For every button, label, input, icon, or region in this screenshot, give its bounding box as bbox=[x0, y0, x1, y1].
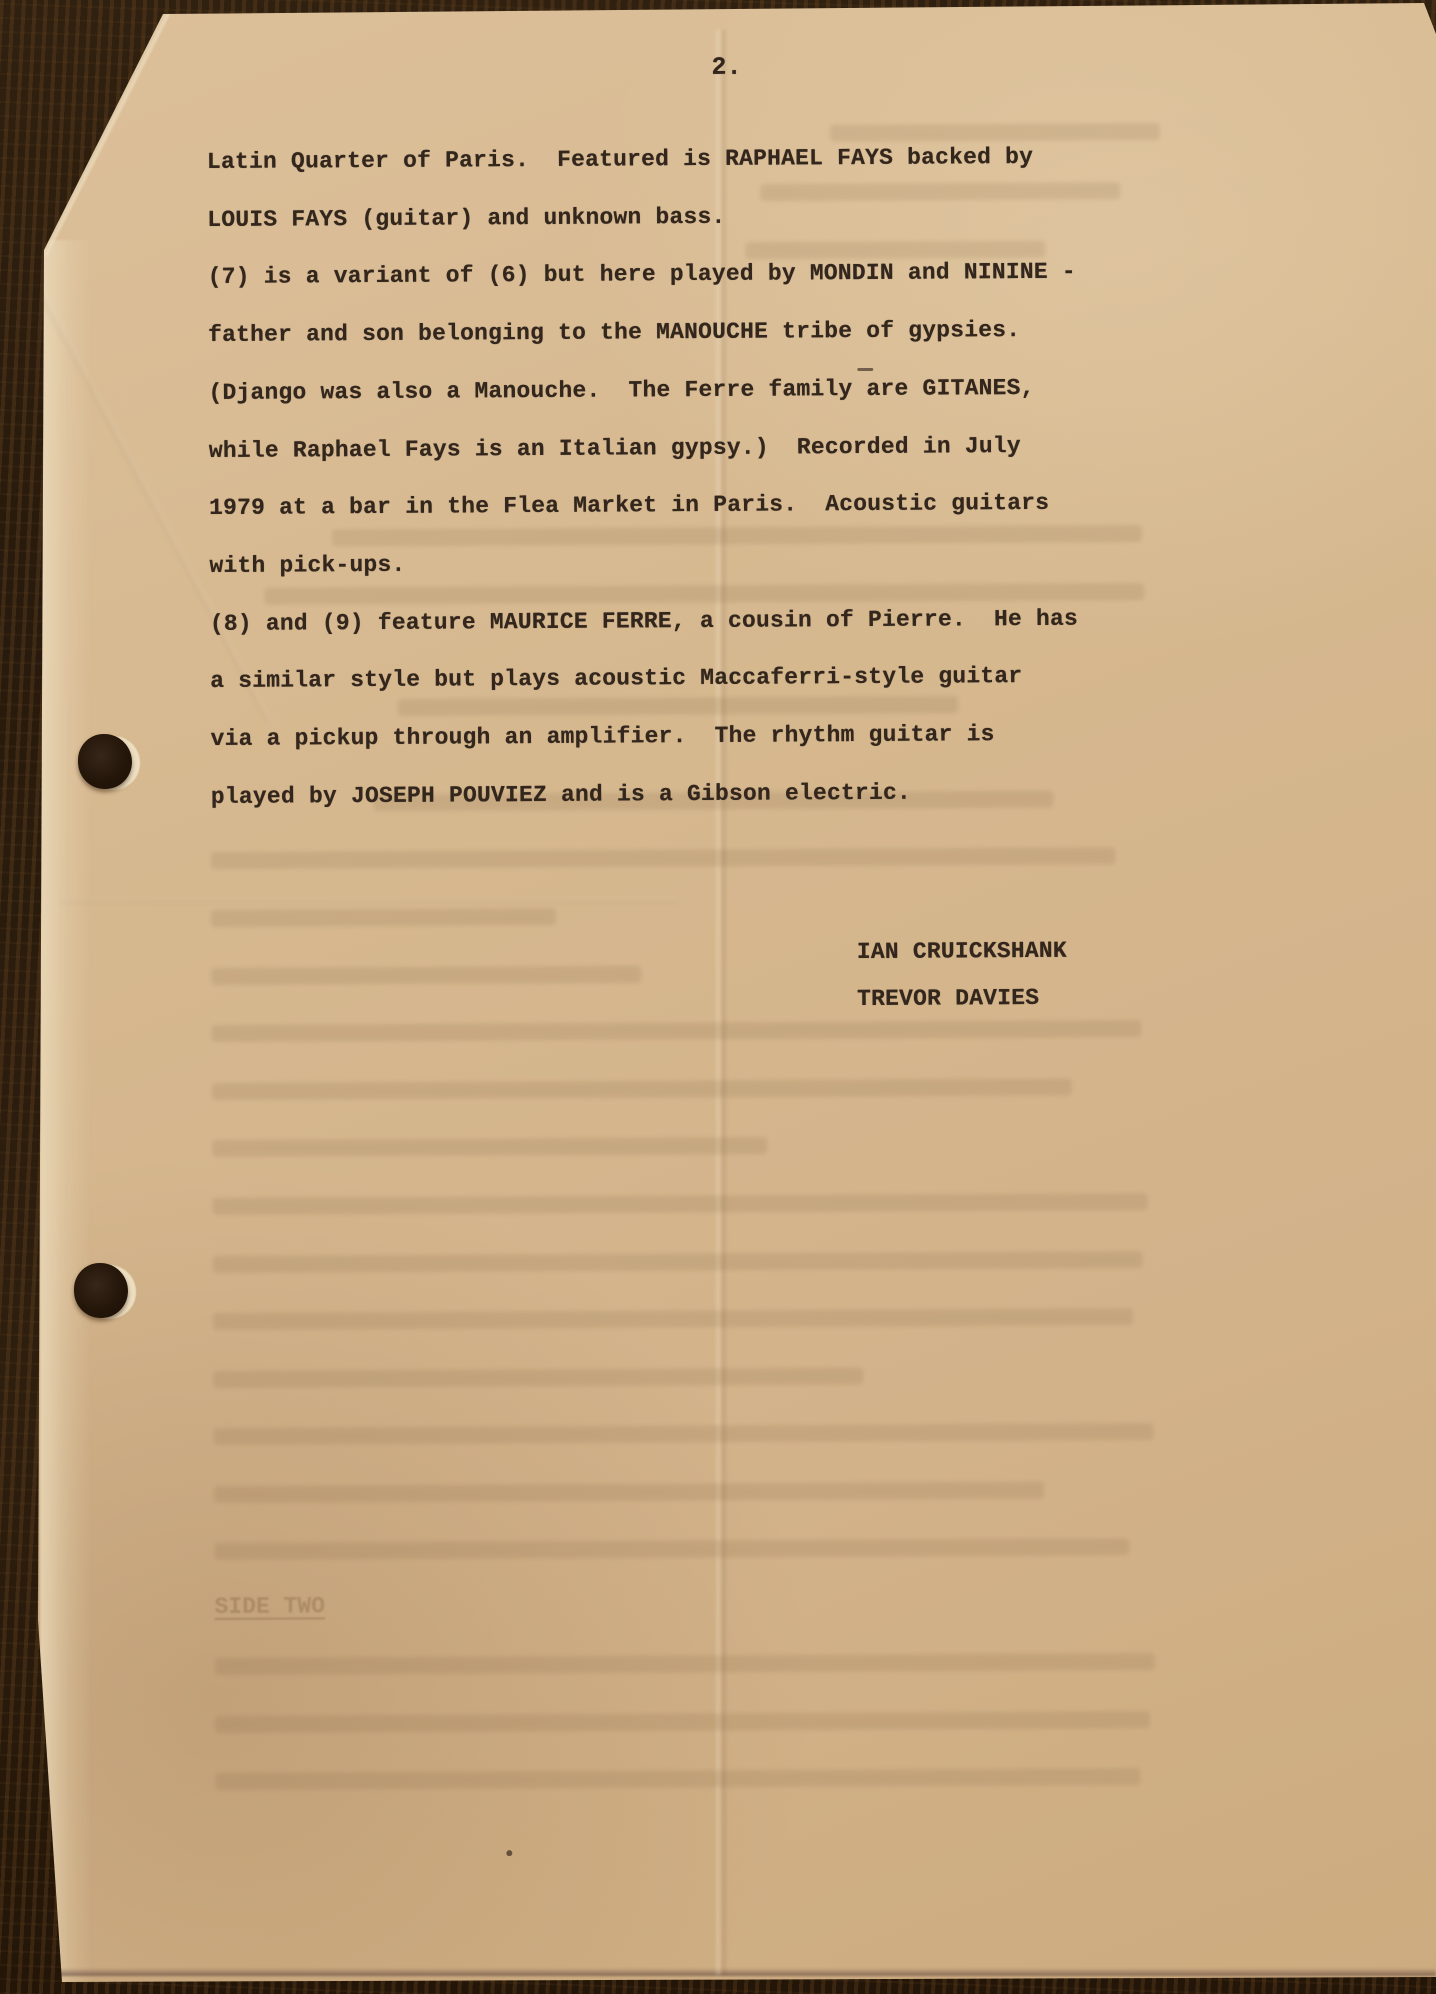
typed-line: via a pickup through an amplifier. The r… bbox=[210, 719, 994, 754]
punch-hole-opening bbox=[74, 1263, 128, 1318]
signature-block: IAN CRUICKSHANKTREVOR DAVIES bbox=[0, 0, 1435, 1]
body-text: Latin Quarter of Paris. Featured is RAPH… bbox=[0, 0, 1435, 1]
typed-line: played by JOSEPH POUVIEZ and is a Gibson… bbox=[211, 777, 911, 811]
signature-line: TREVOR DAVIES bbox=[857, 983, 1039, 1014]
typed-line: (Django was also a Manouche. The Ferre f… bbox=[208, 373, 1034, 408]
ink-speck-dash bbox=[857, 368, 873, 371]
page-number: 2. bbox=[711, 53, 742, 83]
typed-line: while Raphael Fays is an Italian gypsy.)… bbox=[209, 431, 1021, 466]
punch-hole-top bbox=[78, 734, 136, 792]
ink-speck-dot bbox=[506, 1850, 512, 1856]
scanned-document-photo: SIDE TWO 2. Latin Quarter of Paris. Feat… bbox=[0, 0, 1436, 1994]
typed-line: Latin Quarter of Paris. Featured is RAPH… bbox=[207, 142, 1033, 177]
paper-sheet: SIDE TWO 2. Latin Quarter of Paris. Feat… bbox=[0, 0, 1436, 1994]
typed-line: a similar style but plays acoustic Macca… bbox=[210, 661, 1022, 696]
typed-text-layer: 2. Latin Quarter of Paris. Featured is R… bbox=[0, 0, 1436, 1994]
typed-line: 1979 at a bar in the Flea Market in Pari… bbox=[209, 488, 1049, 523]
punch-hole-bottom bbox=[74, 1263, 132, 1321]
typed-line: (7) is a variant of (6) but here played … bbox=[208, 257, 1076, 292]
signature-line: IAN CRUICKSHANK bbox=[857, 936, 1067, 967]
typed-line: father and son belonging to the MANOUCHE… bbox=[208, 315, 1020, 350]
typed-line: with pick-ups. bbox=[209, 550, 405, 581]
punch-hole-opening bbox=[78, 734, 132, 789]
typed-line: (8) and (9) feature MAURICE FERRE, a cou… bbox=[210, 603, 1078, 638]
typed-line: LOUIS FAYS (guitar) and unknown bass. bbox=[207, 202, 725, 235]
